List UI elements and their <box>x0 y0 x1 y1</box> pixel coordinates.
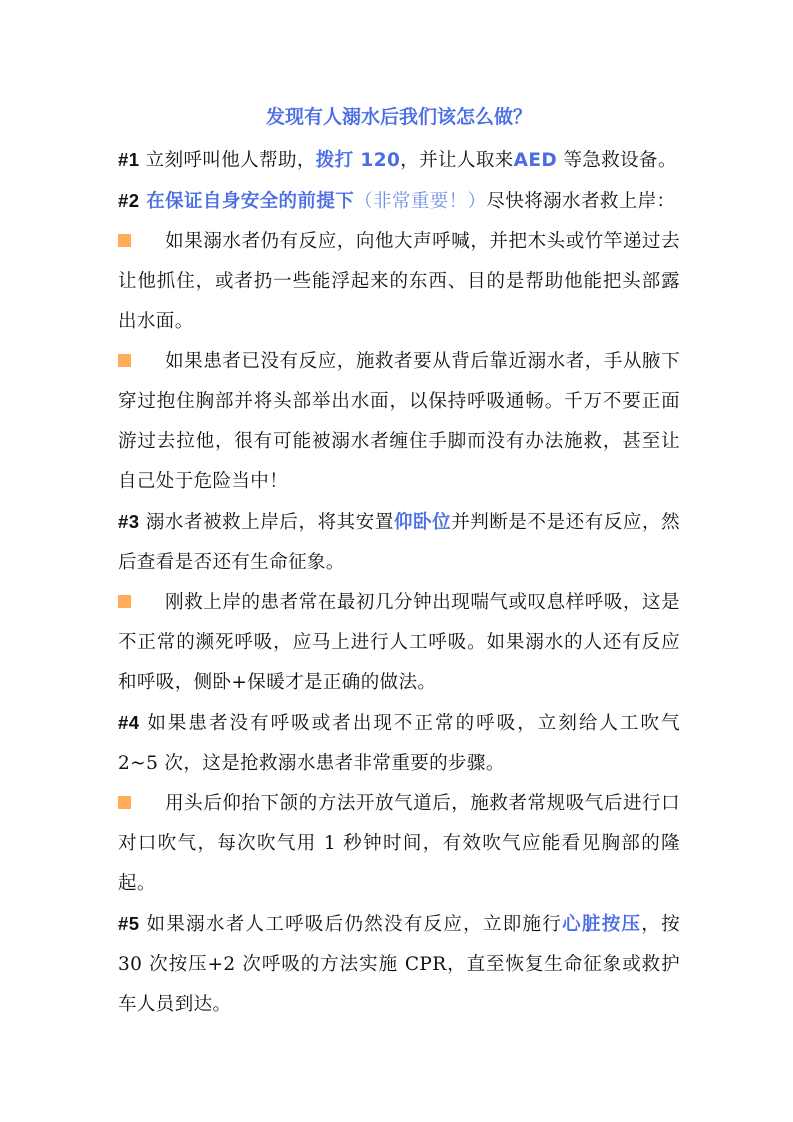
highlight-call-120: 拨打 120 <box>316 150 400 171</box>
step-text: 溺水者被救上岸后，将其安置 <box>139 512 394 533</box>
bullet-text: 刚救上岸的患者常在最初几分钟出现喘气或叹息样呼吸，这是不正常的濒死呼吸，应马上进… <box>118 592 680 693</box>
document-page: 发现有人溺水后我们该怎么做？ #1 立刻呼叫他人帮助，拨打 120，并让人取来A… <box>118 100 680 1025</box>
step-text: 如果溺水者人工呼吸后仍然没有反应，立即施行 <box>139 914 562 935</box>
bullet-item-1: 如果溺水者仍有反应，向他大声呼喊，并把木头或竹竿递过去让他抓住，或者扔一些能浮起… <box>118 222 680 342</box>
step-number: #5 <box>118 913 139 934</box>
square-bullet-icon <box>118 234 131 247</box>
step-1: #1 立刻呼叫他人帮助，拨打 120，并让人取来AED 等急救设备。 <box>118 140 680 181</box>
bullet-text: 如果患者已没有反应，施救者要从背后靠近溺水者，手从腋下穿过抱住胸部并将头部举出水… <box>118 351 680 492</box>
page-title: 发现有人溺水后我们该怎么做？ <box>118 100 680 134</box>
bullet-item-3: 刚救上岸的患者常在最初几分钟出现喘气或叹息样呼吸，这是不正常的濒死呼吸，应马上进… <box>118 583 680 703</box>
step-text: 立刻呼叫他人帮助， <box>139 150 315 171</box>
square-bullet-icon <box>118 354 131 367</box>
bullet-text: 用头后仰抬下颌的方法开放气道后，施救者常规吸气后进行口对口吹气，每次吹气用 1 … <box>118 793 680 894</box>
step-number: #4 <box>118 712 139 733</box>
highlight-chest-compression: 心脏按压 <box>562 914 641 935</box>
step-5: #5 如果溺水者人工呼吸后仍然没有反应，立即施行心脏按压，按 30 次按压+2 … <box>118 904 680 1025</box>
step-text: ，并让人取来 <box>400 150 513 171</box>
step-number: #1 <box>118 149 139 170</box>
step-text: 如果患者没有呼吸或者出现不正常的呼吸，立刻给人工吹气 2~5 次，这是抢救溺水患… <box>118 713 680 774</box>
square-bullet-icon <box>118 796 131 809</box>
square-bullet-icon <box>118 595 131 608</box>
step-4: #4 如果患者没有呼吸或者出现不正常的呼吸，立刻给人工吹气 2~5 次，这是抢救… <box>118 703 680 784</box>
step-3: #3 溺水者被救上岸后，将其安置仰卧位并判断是不是还有反应，然后查看是否还有生命… <box>118 502 680 583</box>
step-text: 等急救设备。 <box>557 150 677 171</box>
bullet-text: 如果溺水者仍有反应，向他大声呼喊，并把木头或竹竿递过去让他抓住，或者扔一些能浮起… <box>118 231 680 332</box>
highlight-supine: 仰卧位 <box>394 512 451 533</box>
step-number: #2 <box>118 190 139 211</box>
bullet-item-2: 如果患者已没有反应，施救者要从背后靠近溺水者，手从腋下穿过抱住胸部并将头部举出水… <box>118 342 680 502</box>
highlight-safety: 在保证自身安全的前提下 <box>139 191 354 212</box>
step-text: 尽快将溺水者救上岸： <box>486 191 675 212</box>
step-number: #3 <box>118 511 139 532</box>
bullet-item-4: 用头后仰抬下颌的方法开放气道后，施救者常规吸气后进行口对口吹气，每次吹气用 1 … <box>118 784 680 904</box>
highlight-important-note: （非常重要！） <box>354 191 486 212</box>
highlight-aed: AED <box>514 150 558 171</box>
step-2: #2 在保证自身安全的前提下（非常重要！）尽快将溺水者救上岸： <box>118 181 680 222</box>
